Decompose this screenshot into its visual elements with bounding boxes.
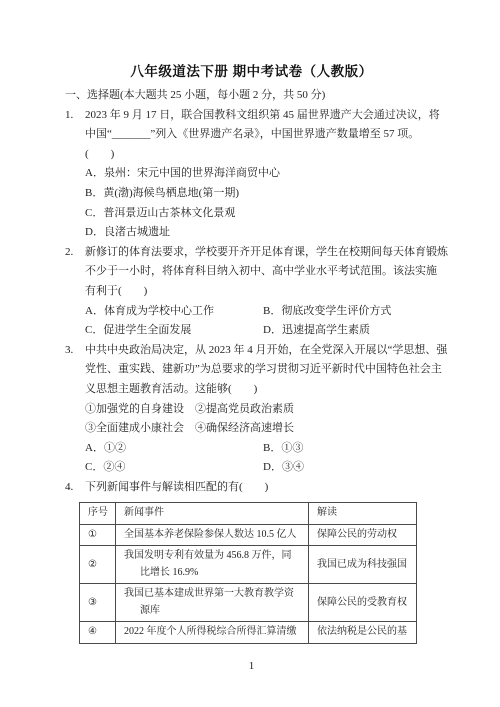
question-2-option-a: A．体育成为学校中心工作 [85,302,263,322]
table-row-1-event: 全国基本养老保险参保人数达 10.5 亿人 [116,524,309,546]
news-events-table: 序号 新闻事件 解读 ① 全国基本养老保险参保人数达 10.5 亿人 保障公民的… [79,502,417,644]
question-1: 1. 2023 年 9 月 17 日，联合国教科文组织第 45 届世界遗产大会通… [65,106,452,243]
table-row-2-interp: 我国已成为科技强国 [309,546,417,584]
table-row-3-no: ③ [80,584,116,622]
question-1-line-2: 中国“_______”列入《世界遗产名录》，中国世界遗产数量增至 57 项。 [65,125,452,145]
question-2-option-d: D．迅速提高学生素质 [263,321,370,341]
table-row-4-event: 2022 年度个人所得税综合所得汇算清缴 [116,622,309,644]
question-3-option-a: A．①② [85,439,263,459]
question-3-option-c: C．②④ [85,458,263,478]
table-row-3-event-text-2: 源库 [124,603,306,620]
table-row-4-no: ④ [80,622,116,644]
question-2-option-c: C．促进学生全面发展 [85,321,263,341]
question-3-number: 3. [65,341,85,361]
question-3-line-3: 义思想主题教育活动。这能够( ) [65,380,452,400]
question-3-items-3-4: ③全面建成小康社会 ④确保经济高速增长 [65,419,452,439]
question-2-line-2: 不少于一小时，将体育科目纳入初中、高中学业水平考试范围。该法实施 [65,262,452,282]
page-number: 1 [51,657,452,677]
exam-paper-page: 八年级道法下册 期中考试卷（人教版） 一、选择题(本大题共 25 小题，每小题 … [0,0,500,707]
question-1-text: 2023 年 9 月 17 日，联合国教科文组织第 45 届世界遗产大会通过决议… [85,106,440,126]
table-row-2-event-text-1: 我国发明专利有效量为 456.8 万件，同 [124,548,306,565]
question-2-text: 新修订的体育法要求，学校要开齐开足体育课，学生在校期间每天体育锻炼 [85,243,448,263]
question-2-line-1: 2. 新修订的体育法要求，学校要开齐开足体育课，学生在校期间每天体育锻炼 [65,243,452,263]
table-header-event: 新闻事件 [116,503,309,525]
question-2-number: 2. [65,243,85,263]
table-row-4: ④ 2022 年度个人所得税综合所得汇算清缴 依法纳税是公民的基 [80,622,417,644]
table-header-row: 序号 新闻事件 解读 [80,503,417,525]
question-3: 3. 中共中央政治局决定，从 2023 年 4 月开始，在全党深入开展以“学思想… [65,341,452,478]
table-row-1-no: ① [80,524,116,546]
table-row-1: ① 全国基本养老保险参保人数达 10.5 亿人 保障公民的劳动权 [80,524,417,546]
question-4-line-1: 4. 下列新闻事件与解读相匹配的有( ) [65,478,452,498]
question-3-line-1: 3. 中共中央政治局决定，从 2023 年 4 月开始，在全党深入开展以“学思想… [65,341,452,361]
question-1-option-b: B．黄(渤)海候鸟栖息地(第一期) [65,184,452,204]
table-row-4-event-text: 2022 年度个人所得税综合所得汇算清缴 [124,624,306,641]
question-1-option-d: D．良渚古城遗址 [65,223,452,243]
question-2: 2. 新修订的体育法要求，学校要开齐开足体育课，学生在校期间每天体育锻炼 不少于… [65,243,452,341]
table-row-3-event-text-1: 我国已基本建成世界第一大教育教学资 [124,586,306,603]
table-row-3-event: 我国已基本建成世界第一大教育教学资 源库 [116,584,309,622]
question-3-items-1-2: ①加强党的自身建设 ②提高党员政治素质 [65,400,452,420]
table-row-2-event-text-2: 比增长 16.9% [124,565,306,582]
table-row-2: ② 我国发明专利有效量为 456.8 万件，同 比增长 16.9% 我国已成为科… [80,546,417,584]
table-row-2-event: 我国发明专利有效量为 456.8 万件，同 比增长 16.9% [116,546,309,584]
table-row-1-event-text: 全国基本养老保险参保人数达 10.5 亿人 [124,527,306,544]
question-1-option-a: A．泉州：宋元中国的世界海洋商贸中心 [65,164,452,184]
question-2-option-b: B．彻底改变学生评价方式 [263,302,391,322]
question-4-number: 4. [65,478,85,498]
question-3-text: 中共中央政治局决定，从 2023 年 4 月开始，在全党深入开展以“学思想、强 [85,341,447,361]
table-header-interp: 解读 [309,503,417,525]
page-content: 八年级道法下册 期中考试卷（人教版） 一、选择题(本大题共 25 小题，每小题 … [0,0,500,677]
question-3-option-b: B．①③ [263,439,303,459]
section-heading: 一、选择题(本大题共 25 小题，每小题 2 分，共 50 分) [65,86,452,106]
table-row-2-no: ② [80,546,116,584]
question-3-options-row-2: C．②④ D．③④ [65,458,452,478]
question-3-line-2: 党性、重实践、建新功”为总要求的学习贯彻习近平新时代中国特色社会主 [65,360,452,380]
page-title: 八年级道法下册 期中考试卷（人教版） [51,62,452,82]
question-1-number: 1. [65,106,85,126]
table-row-1-interp: 保障公民的劳动权 [309,524,417,546]
question-4: 4. 下列新闻事件与解读相匹配的有( ) 序号 新闻事件 解读 ① [65,478,452,644]
question-3-options-row-1: A．①② B．①③ [65,439,452,459]
table-row-3-interp: 保障公民的受教育权 [309,584,417,622]
question-4-text: 下列新闻事件与解读相匹配的有( ) [85,478,268,498]
question-2-options-row-2: C．促进学生全面发展 D．迅速提高学生素质 [65,321,452,341]
table-row-4-interp: 依法纳税是公民的基 [309,622,417,644]
question-3-option-d: D．③④ [263,458,304,478]
table-header-no: 序号 [80,503,116,525]
question-1-option-c: C．普洱景迈山古茶林文化景观 [65,204,452,224]
table-row-3: ③ 我国已基本建成世界第一大教育教学资 源库 保障公民的受教育权 [80,584,417,622]
question-1-line-1: 1. 2023 年 9 月 17 日，联合国教科文组织第 45 届世界遗产大会通… [65,106,452,126]
question-2-options-row-1: A．体育成为学校中心工作 B．彻底改变学生评价方式 [65,302,452,322]
question-2-line-3: 有利于( ) [65,282,452,302]
question-1-answer-brackets: ( ) [65,145,452,165]
